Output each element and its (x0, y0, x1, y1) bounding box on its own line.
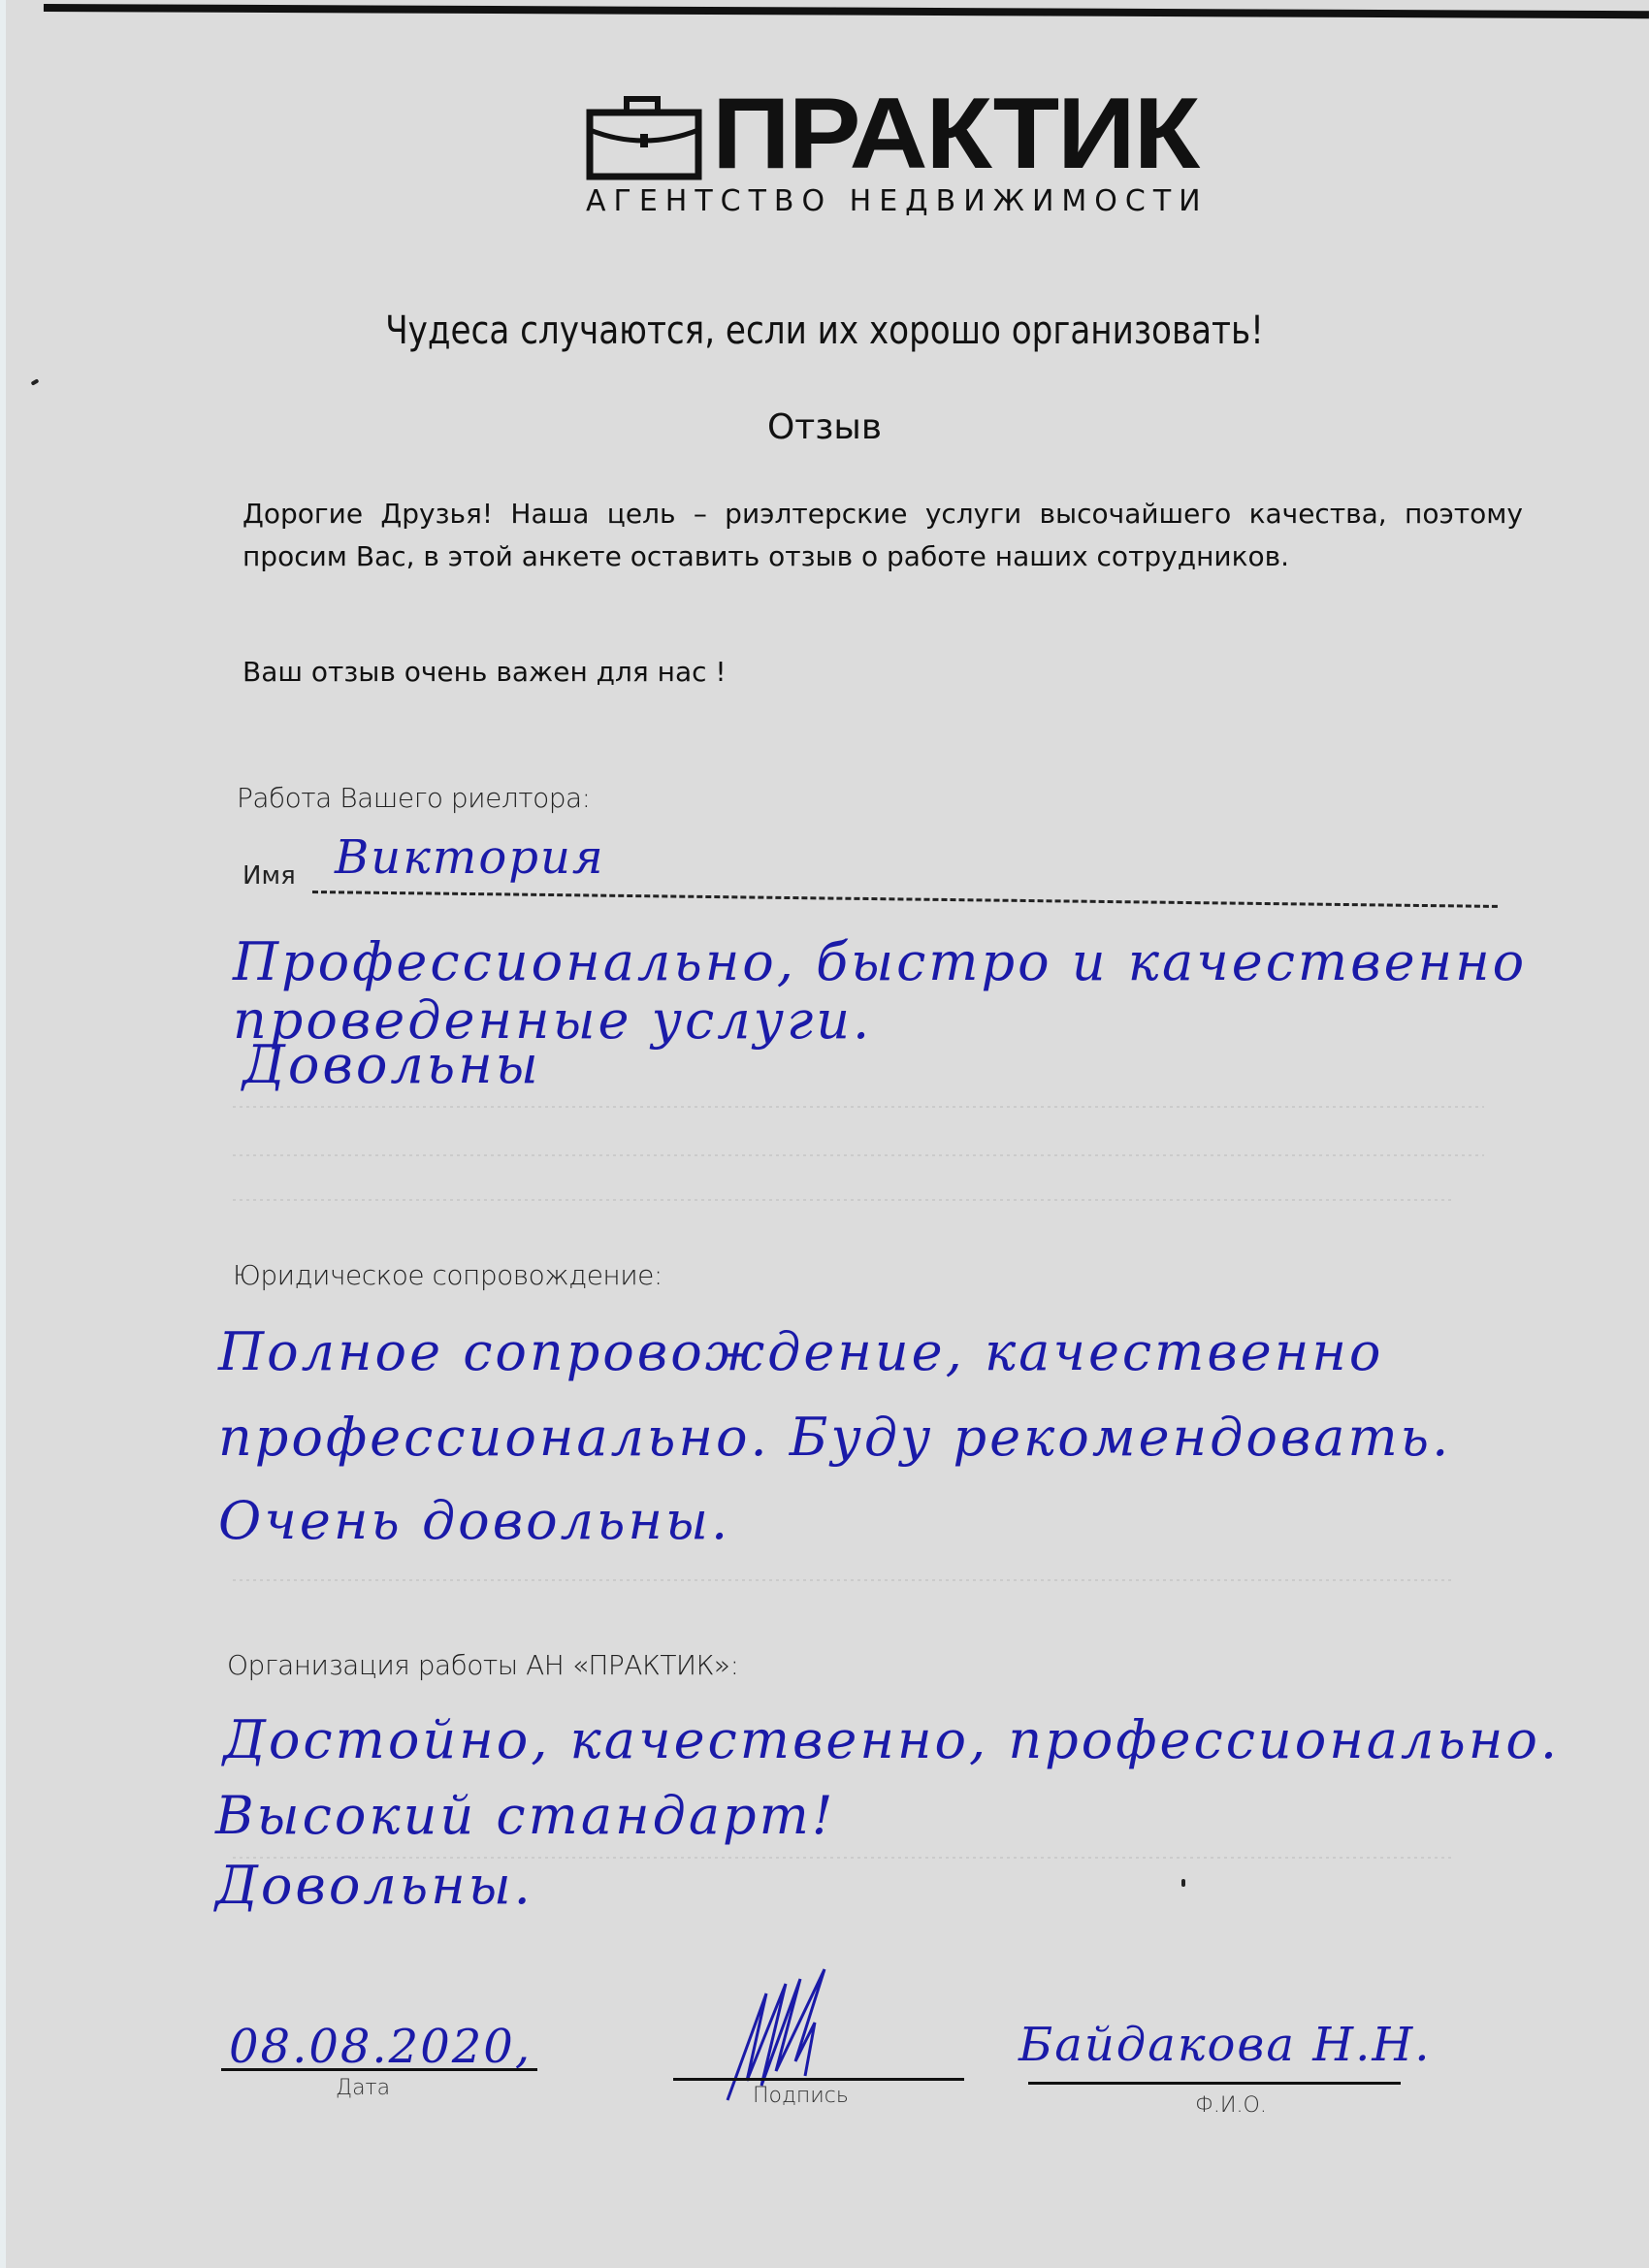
scan-speck (31, 378, 40, 385)
section-label-legal: Юридическое сопровождение: (233, 1259, 663, 1291)
organization-comment-line-1[interactable]: Достойно, качественно, профессионально. (223, 1709, 1560, 1770)
organization-comment-line-2[interactable]: Высокий стандарт! (215, 1785, 836, 1846)
intro-paragraph: Дорогие Друзья! Наша цель – риэлтерские … (242, 493, 1523, 578)
logo-name: ПРАКТИК (712, 83, 1198, 184)
name-field-line (312, 891, 1498, 908)
legal-comment-line-1[interactable]: Полное сопровождение, качественно (218, 1321, 1383, 1382)
realtor-comment-line-1[interactable]: Профессионально, быстро и качественно (233, 931, 1527, 992)
legal-comment-line-3[interactable]: Очень довольны. (218, 1490, 730, 1551)
faint-ruled-line (233, 1579, 1455, 1581)
name-field-label: Имя (242, 861, 296, 891)
realtor-comment-line-3[interactable]: Довольны (242, 1034, 541, 1095)
fio-line (1028, 2082, 1401, 2085)
date-value[interactable]: 08.08.2020, (229, 2020, 532, 2074)
faint-ruled-line (233, 1199, 1455, 1201)
logo-subtitle: АГЕНТСТВО НЕДВИЖИМОСТИ (586, 184, 1209, 218)
page-title: Отзыв (0, 407, 1649, 447)
organization-comment-line-3[interactable]: Довольны. (215, 1855, 533, 1916)
fio-value[interactable]: Байдакова Н.Н. (1018, 2018, 1431, 2072)
date-line (221, 2068, 537, 2071)
section-label-realtor: Работа Вашего риелтора: (237, 782, 591, 814)
faint-ruled-line (233, 1857, 1455, 1859)
scan-edge-top (44, 4, 1649, 18)
scan-speck (1181, 1879, 1185, 1887)
signature-caption: Подпись (753, 2084, 849, 2108)
scan-edge-left (0, 0, 6, 2268)
fio-caption: Ф.И.О. (1195, 2093, 1267, 2118)
slogan: Чудеса случаются, если их хорошо организ… (42, 308, 1608, 353)
section-label-organization: Организация работы АН «ПРАКТИК»: (227, 1649, 739, 1681)
signature-line (673, 2078, 964, 2081)
company-logo: ПРАКТИК АГЕНТСТВО НЕДВИЖИМОСТИ (586, 91, 1187, 227)
briefcase-icon (586, 91, 702, 180)
legal-comment-line-2[interactable]: профессионально. Буду рекомендовать. (218, 1407, 1451, 1468)
intro-important: Ваш отзыв очень важен для нас ! (242, 656, 727, 688)
faint-ruled-line (233, 1154, 1484, 1156)
faint-ruled-line (233, 1106, 1484, 1108)
date-caption: Дата (336, 2076, 390, 2100)
realtor-name-value[interactable]: Виктория (335, 830, 605, 885)
